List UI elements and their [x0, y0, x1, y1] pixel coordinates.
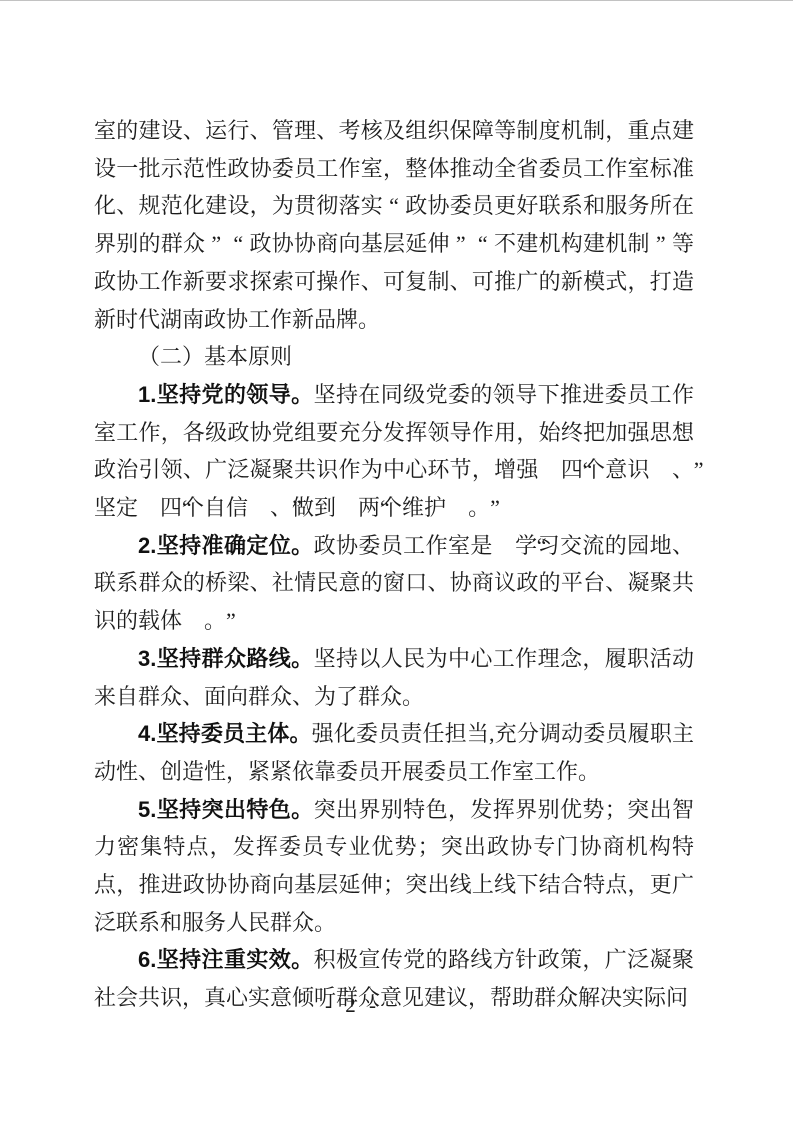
scan-edge-line [0, 0, 793, 1]
principle-item-lead: 3.坚持群众路线。 [138, 646, 314, 671]
principle-item-lead: 2.坚持准确定位。 [138, 533, 314, 558]
fullwidth-quote: ” [205, 225, 227, 263]
fullwidth-quote: “ [493, 527, 515, 565]
fullwidth-quote: “ [383, 187, 405, 225]
fullwidth-quote: “ [138, 489, 160, 527]
scanned-document-page: 室的建设、运行、管理、考核及组织保障等制度机制，重点建设一批示范性政协委员工作室… [0, 0, 793, 1122]
fullwidth-quote: ” [248, 489, 270, 527]
principle-item-lead: 1.坚持党的领导。 [138, 382, 314, 407]
fullwidth-quote: ” [182, 602, 204, 640]
fullwidth-quote: ” [446, 489, 468, 527]
fullwidth-quote: “ [336, 489, 358, 527]
fullwidth-quote: “ [472, 225, 494, 263]
principle-item-1: 1.坚持党的领导。坚持在同级党委的领导下推进委员工作室工作，各级政协党组要充分发… [94, 376, 694, 527]
page-number: - 2 - [325, 993, 380, 1018]
principle-item-lead: 6.坚持注重实效。 [138, 947, 314, 972]
principle-item-2: 2.坚持准确定位。政协委员工作室是“学习交流的园地、联系群众的桥梁、社情民意的窗… [94, 527, 694, 640]
principle-item-5: 5.坚持突出特色。突出界别特色，发挥界别优势；突出智力密集特点，发挥委员专业优势… [94, 791, 694, 942]
principle-item-lead: 4.坚持委员主体。 [138, 721, 312, 746]
principle-item-3: 3.坚持群众路线。坚持以人民为中心工作理念，履职活动来自群众、面向群众、为了群众… [94, 640, 694, 715]
principle-item-6: 6.坚持注重实效。积极宣传党的路线方针政策，广泛凝聚社会共识，真心实意倾听群众意… [94, 941, 694, 1016]
principle-item-lead: 5.坚持突出特色。 [138, 797, 314, 822]
fullwidth-quote: ” [450, 225, 472, 263]
fullwidth-quote: “ [539, 451, 561, 489]
fullwidth-quote: “ [227, 225, 249, 263]
continuation-paragraph: 室的建设、运行、管理、考核及组织保障等制度机制，重点建设一批示范性政协委员工作室… [94, 112, 694, 338]
fullwidth-quote: ” [650, 451, 672, 489]
principle-item-4: 4.坚持委员主体。强化委员责任担当,充分调动委员履职主动性、创造性，紧紧依靠委员… [94, 715, 694, 790]
fullwidth-quote: ” [650, 225, 672, 263]
section-heading: （二）基本原则 [94, 338, 694, 376]
document-text-block: 室的建设、运行、管理、考核及组织保障等制度机制，重点建设一批示范性政协委员工作室… [94, 112, 694, 1017]
